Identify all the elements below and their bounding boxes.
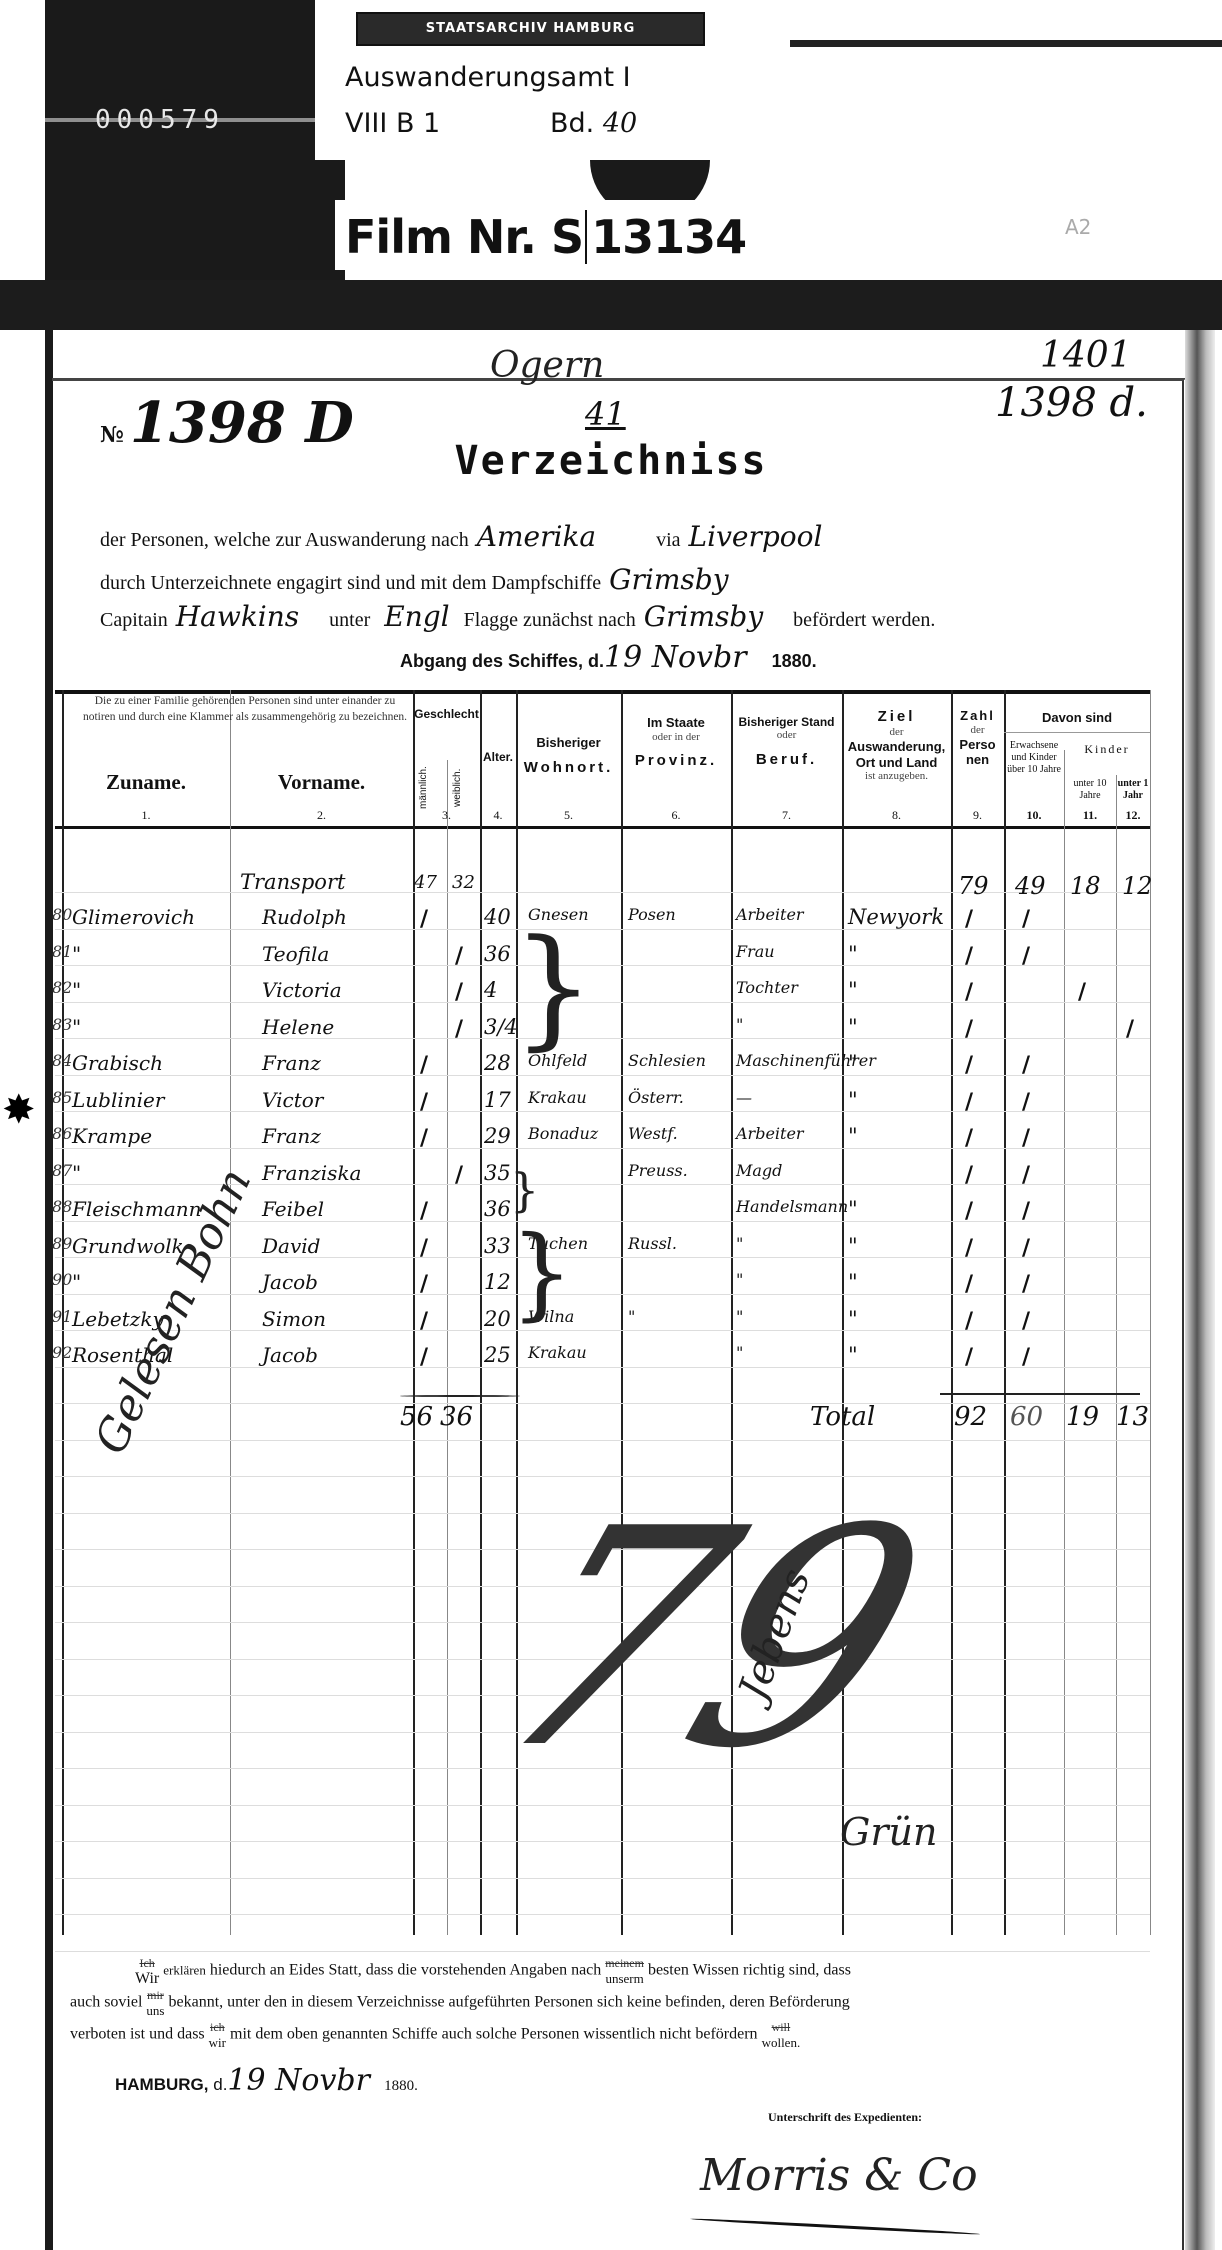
cell-first-name: Jacob — [262, 1270, 318, 1294]
row-number: 83 — [52, 1015, 72, 1034]
cell-goal: " — [848, 1124, 858, 1148]
cell-persons: / — [965, 1199, 973, 1224]
row-rule — [55, 1440, 1150, 1441]
document-number-right: 1398 d. — [995, 380, 1148, 426]
cell-first-name: Victor — [262, 1088, 323, 1112]
cell-adults: / — [1022, 1236, 1030, 1261]
cell-male: / — [420, 1272, 428, 1297]
row-number: 90 — [52, 1270, 72, 1289]
volume-number: 40 — [603, 108, 637, 139]
row-number: 85 — [52, 1088, 72, 1107]
cell-goal: " — [848, 1270, 858, 1294]
row-rule — [55, 1111, 1150, 1112]
cell-adults: / — [1022, 1126, 1030, 1151]
cell-adults: / — [1022, 1345, 1030, 1370]
transport-female: 32 — [452, 872, 475, 893]
row-rule — [55, 1841, 1150, 1842]
cell-residence: Krakau — [528, 1088, 587, 1107]
cell-surname: Grundwolk — [72, 1234, 184, 1258]
cell-surname: Glimerovich — [72, 905, 195, 929]
cell-surname: " — [72, 1161, 81, 1185]
cell-persons: / — [965, 1090, 973, 1115]
cell-occupation: — — [736, 1088, 752, 1107]
row-rule — [55, 1038, 1150, 1039]
cell-surname: Krampe — [72, 1124, 152, 1148]
cell-occupation: Magd — [736, 1161, 782, 1180]
cell-female: / — [455, 980, 463, 1005]
row-number: 82 — [52, 978, 72, 997]
cell-goal: " — [848, 1343, 858, 1367]
row-number: 89 — [52, 1234, 72, 1253]
column-rule — [230, 690, 231, 1935]
cell-male: / — [420, 1126, 428, 1151]
column-number: 9. — [951, 808, 1004, 823]
row-number: 86 — [52, 1124, 72, 1143]
header-count: ZahlderPersonen — [951, 708, 1004, 768]
column-number: 12. — [1116, 808, 1150, 823]
total-male: 56 — [400, 1402, 433, 1432]
cell-occupation: Handelsmann — [736, 1197, 848, 1216]
cell-residence: Bonaduz — [528, 1124, 598, 1143]
row-rule — [55, 1367, 1150, 1368]
flag: Engl — [384, 600, 449, 633]
cell-occupation: " — [736, 1015, 743, 1034]
header-surname: Zuname. — [62, 770, 230, 795]
cell-goal: " — [848, 978, 858, 1002]
header-state: Im Staateoder in derProvinz. — [621, 715, 731, 770]
transport-male: 47 — [414, 872, 437, 893]
cell-male: / — [420, 907, 428, 932]
family-brace: } — [512, 912, 595, 1062]
row-rule — [55, 1914, 1150, 1915]
row-rule — [55, 1075, 1150, 1076]
total-adults: 60 — [1010, 1402, 1043, 1432]
totals-rule-right — [940, 1393, 1140, 1395]
row-number: 91 — [52, 1307, 72, 1326]
intro-line-2: durch Unterzeichnete engagirt sind und m… — [100, 563, 737, 596]
header-first-name: Vorname. — [230, 770, 413, 795]
cell-first-name: Teofila — [262, 942, 329, 966]
cell-age: 20 — [484, 1307, 511, 1331]
cell-persons: / — [965, 1309, 973, 1334]
row-rule — [55, 1330, 1150, 1331]
cell-persons: / — [965, 1345, 973, 1370]
cell-surname: Lublinier — [72, 1088, 164, 1112]
first-port: Grimsby — [644, 600, 763, 633]
cell-occupation: Arbeiter — [736, 1124, 804, 1143]
cell-female: / — [455, 1017, 463, 1042]
column-number: 4. — [480, 808, 516, 823]
transport-label: Transport — [240, 870, 345, 894]
destination: Amerika — [477, 520, 596, 553]
header-goal: ZielderAuswanderung,Ort und Landist anzu… — [842, 708, 951, 784]
signature-label: Unterschrift des Expedienten: — [768, 2110, 922, 2125]
column-rule — [447, 760, 448, 1935]
column-number: 5. — [516, 808, 621, 823]
signing-date: 19 Novbr — [227, 2063, 370, 2098]
cell-male: / — [420, 1199, 428, 1224]
cell-adults: / — [1022, 1163, 1030, 1188]
family-brace: } — [510, 1160, 539, 1220]
cell-age: 36 — [484, 1197, 511, 1221]
cell-age: 36 — [484, 942, 511, 966]
cell-persons: / — [965, 980, 973, 1005]
cell-persons: / — [965, 1236, 973, 1261]
header-under10: unter 10 Jahre — [1064, 778, 1116, 802]
archive-plate: STAATSARCHIV HAMBURG — [356, 12, 705, 46]
header-occupation: Bisheriger StandoderBeruf. — [731, 715, 842, 769]
row-number: 81 — [52, 942, 72, 961]
row-rule — [55, 965, 1150, 966]
film-number: Film Nr. S13134 — [345, 210, 746, 264]
column-number: 8. — [842, 808, 951, 823]
cell-male: / — [420, 1309, 428, 1334]
frame-counter: 000579 — [95, 105, 225, 135]
cell-male: / — [420, 1236, 428, 1261]
annotation-sub: 41 — [585, 395, 626, 433]
cell-adults: / — [1022, 1199, 1030, 1224]
cell-occupation: Arbeiter — [736, 905, 804, 924]
cell-surname: " — [72, 978, 81, 1002]
table-header-rule — [55, 826, 1150, 829]
cell-state: Österr. — [628, 1088, 684, 1107]
cell-first-name: Jacob — [262, 1343, 318, 1367]
column-rule — [1004, 690, 1006, 1935]
totals-rule — [400, 1395, 520, 1397]
archive-volume: Bd. 40 — [550, 108, 637, 139]
cell-persons: / — [965, 1017, 973, 1042]
column-number: 6. — [621, 808, 731, 823]
inspector-signature-2: Grün — [840, 1810, 937, 1854]
row-number: 84 — [52, 1051, 72, 1070]
column-number: 2. — [230, 808, 413, 823]
column-number: 1. — [62, 808, 230, 823]
page-right-edge — [1185, 330, 1215, 2250]
cell-age: 25 — [484, 1343, 511, 1367]
intro-line-3: CapitainHawkinsunterEnglFlagge zunächst … — [100, 600, 935, 633]
total-persons: 92 — [954, 1402, 987, 1432]
cell-state: " — [628, 1307, 635, 1326]
cell-occupation: Tochter — [736, 978, 798, 997]
cell-persons: / — [965, 907, 973, 932]
cell-occupation: " — [736, 1343, 743, 1362]
cell-adults: / — [1022, 1053, 1030, 1078]
cell-age: 4 — [484, 978, 497, 1002]
cell-surname: Fleischmann — [72, 1197, 202, 1221]
film-leader-dark — [45, 0, 345, 300]
place-date: HAMBURG, d.19 Novbr 1880. — [115, 2063, 418, 2098]
expedient-signature: Morris & Co — [700, 2150, 978, 2201]
cell-adults: / — [1022, 944, 1030, 969]
transport-adults: 49 — [1015, 872, 1046, 900]
row-rule — [55, 1951, 1150, 1952]
cell-state: Posen — [628, 905, 676, 924]
cell-age: 17 — [484, 1088, 511, 1112]
cell-occupation: " — [736, 1307, 743, 1326]
header-sub-rule — [1004, 732, 1150, 733]
cell-residence: Krakau — [528, 1343, 587, 1362]
row-number: 87 — [52, 1161, 72, 1180]
cell-male: / — [420, 1345, 428, 1370]
departure-date: 19 Novbr — [604, 640, 747, 675]
row-rule — [55, 1002, 1150, 1003]
cell-adults: / — [1022, 907, 1030, 932]
starburst-icon: ✸ — [2, 1090, 36, 1130]
cell-first-name: Simon — [262, 1307, 326, 1331]
row-rule — [55, 1148, 1150, 1149]
archive-office: Auswanderungsamt I — [345, 62, 631, 93]
cell-adults: / — [1022, 1309, 1030, 1334]
cell-persons: / — [965, 1126, 973, 1151]
cell-persons: / — [965, 944, 973, 969]
cell-under10: / — [1078, 980, 1086, 1005]
via-port: Liverpool — [689, 520, 823, 553]
cell-female: / — [455, 1163, 463, 1188]
row-number: 88 — [52, 1197, 72, 1216]
cell-female: / — [455, 944, 463, 969]
document-number-top-right: 1401 — [1040, 335, 1132, 376]
cell-age: 12 — [484, 1270, 511, 1294]
cell-surname: " — [72, 942, 81, 966]
total-under10: 19 — [1066, 1402, 1099, 1432]
row-rule — [55, 1294, 1150, 1295]
column-number: 3. — [413, 808, 480, 823]
cell-occupation: " — [736, 1270, 743, 1289]
cell-goal: " — [848, 1307, 858, 1331]
departure-line: Abgang des Schiffes, d.19 Novbr 1880. — [400, 640, 817, 675]
page-title: Verzeichniss — [0, 438, 1222, 484]
cell-first-name: David — [262, 1234, 320, 1258]
cell-male: / — [420, 1053, 428, 1078]
cell-age: 35 — [484, 1161, 511, 1185]
cell-first-name: Rudolph — [262, 905, 347, 929]
cell-goal: " — [848, 1197, 858, 1221]
column-rule — [1116, 775, 1117, 1935]
total-female: 36 — [440, 1402, 473, 1432]
cell-goal: " — [848, 1234, 858, 1258]
cell-age: 40 — [484, 905, 511, 929]
intro-line-1: der Personen, welche zur Auswanderung na… — [100, 520, 830, 553]
header-male: männlich. — [418, 760, 430, 815]
cell-goal: Newyork — [848, 905, 944, 929]
cell-adults: / — [1022, 1090, 1030, 1115]
cell-first-name: Franz — [262, 1124, 321, 1148]
family-note: Die zu einer Familie gehörenden Personen… — [80, 694, 410, 725]
cell-adults: / — [1022, 1272, 1030, 1297]
cell-occupation: " — [736, 1234, 743, 1253]
cell-state: Russl. — [628, 1234, 677, 1253]
column-number: 7. — [731, 808, 842, 823]
cell-goal: " — [848, 1015, 858, 1039]
cell-persons: / — [965, 1053, 973, 1078]
declaration: IchWir erklären hiedurch an Eides Statt,… — [70, 1955, 1090, 2051]
header-of-which: Davon sind — [1004, 710, 1150, 726]
cell-surname: " — [72, 1015, 81, 1039]
archive-name: STAATSARCHIV HAMBURG — [358, 14, 703, 44]
total-under1: 13 — [1116, 1402, 1149, 1432]
row-number: 80 — [52, 905, 72, 924]
film-edge-line — [780, 40, 1222, 47]
row-number: 92 — [52, 1343, 72, 1362]
cell-first-name: Helene — [262, 1015, 334, 1039]
family-brace: } — [510, 1218, 574, 1328]
cell-goal: " — [848, 942, 858, 966]
cell-male: / — [420, 1090, 428, 1115]
header-children: Kinder — [1064, 742, 1150, 756]
column-rule — [951, 690, 953, 1935]
cell-persons: / — [965, 1272, 973, 1297]
cell-state: Schlesien — [628, 1051, 706, 1070]
transport-under1: 12 — [1122, 872, 1153, 900]
cell-persons: / — [965, 1163, 973, 1188]
cell-first-name: Feibel — [262, 1197, 324, 1221]
cell-first-name: Franziska — [262, 1161, 361, 1185]
cell-first-name: Franz — [262, 1051, 321, 1075]
cell-under1: / — [1126, 1017, 1134, 1042]
cell-goal: " — [848, 1088, 858, 1112]
column-number: 11. — [1064, 808, 1116, 823]
film-marker: A2 — [1065, 215, 1091, 239]
total-label: Total — [810, 1402, 875, 1432]
cell-occupation: Frau — [736, 942, 775, 961]
cell-surname: " — [72, 1270, 81, 1294]
cell-first-name: Victoria — [262, 978, 342, 1002]
annotation-top: Ogern — [490, 345, 604, 386]
row-rule — [55, 1878, 1150, 1879]
film-band — [0, 280, 1222, 330]
cell-state: Westf. — [628, 1124, 678, 1143]
header-sex: Geschlecht — [413, 707, 480, 721]
header-adults: Erwachsene und Kinder über 10 Jahre — [1004, 740, 1064, 776]
column-number: 10. — [1004, 808, 1064, 823]
archive-signature: VIII B 1 — [345, 108, 440, 139]
transport-persons: 79 — [958, 872, 989, 900]
cell-age: 29 — [484, 1124, 511, 1148]
cell-state: Preuss. — [628, 1161, 688, 1180]
header-age: Alter. — [480, 750, 516, 764]
ship-name: Grimsby — [609, 563, 728, 596]
captain-name: Hawkins — [176, 600, 299, 633]
row-rule — [55, 929, 1150, 930]
cell-surname: Grabisch — [72, 1051, 163, 1075]
transport-under10: 18 — [1070, 872, 1101, 900]
cell-age: 33 — [484, 1234, 511, 1258]
cell-goal: " — [848, 1051, 858, 1075]
header-residence: BisherigerWohnort. — [516, 735, 621, 777]
header-under1: unter 1 Jahr — [1116, 778, 1150, 802]
cell-age: 28 — [484, 1051, 511, 1075]
header-female: weiblich. — [452, 760, 464, 815]
